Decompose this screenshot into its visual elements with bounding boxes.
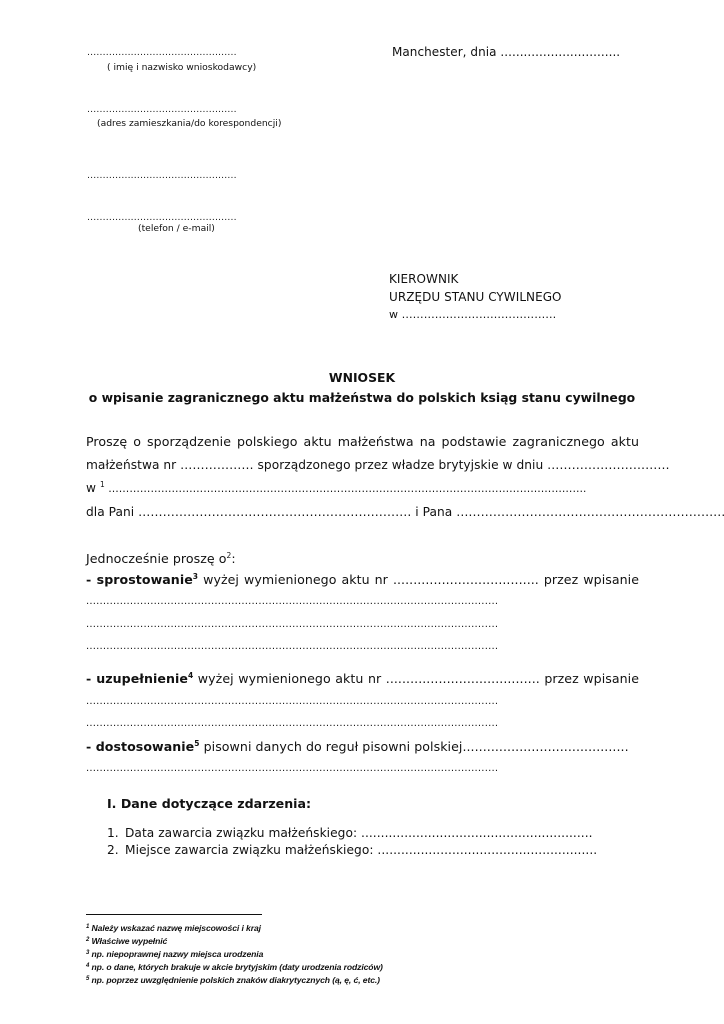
footnote-3: 3 np. niepoprawnej nazwy miejsca urodzen… [86, 949, 263, 959]
correction-label: - sprostowanie [86, 572, 193, 587]
addressee-line-2: URZĘDU STANU CYWILNEGO [389, 290, 562, 304]
document-subtitle: o wpisanie zagranicznego aktu małżeństwa… [0, 390, 724, 405]
request-line-1: Proszę o sporządzenie polskiego aktu mał… [86, 434, 639, 449]
addressee-office-field[interactable]: w …………………………………… [389, 308, 556, 321]
document-title: WNIOSEK [0, 370, 724, 385]
applicant-address-field[interactable]: ........................................… [87, 104, 237, 115]
adaptation-line-1[interactable]: ........................................… [86, 763, 639, 774]
supplement-option[interactable]: - uzupełnienie4 wyżej wymienionego aktu … [86, 671, 639, 686]
applicant-name-label: ( imię i nazwisko wnioskodawcy) [107, 62, 256, 73]
correction-option[interactable]: - sprostowanie3 wyżej wymienionego aktu … [86, 572, 639, 587]
adaptation-label: - dostosowanie [86, 739, 194, 754]
request-place-field[interactable]: w1 …………………………………………………………………………………………………… [86, 481, 586, 495]
addressee-line-1: KIEROWNIK [389, 272, 458, 286]
list-number: 2. [107, 843, 125, 857]
request-names-field[interactable]: dla Pani …………………………………………………………. i Pana … [86, 505, 724, 519]
marriage-place-field[interactable]: 2.Miejsce zawarcia związku małżeńskiego:… [107, 843, 597, 857]
correction-line-1[interactable]: ........................................… [86, 596, 639, 607]
correction-line-2[interactable]: ........................................… [86, 619, 639, 630]
footnote-2: 2 Właściwe wypełnić [86, 936, 167, 946]
applicant-address-label: (adres zamieszkania/do korespondencji) [97, 118, 281, 129]
adaptation-option[interactable]: - dostosowanie5 pisowni danych do reguł … [86, 739, 629, 754]
list-number: 1. [107, 826, 125, 840]
request-place-prefix: w [86, 481, 96, 495]
correction-line-3[interactable]: ........................................… [86, 641, 639, 652]
footnote-1: 1 Należy wskazać nazwę miejscowości i kr… [86, 923, 261, 933]
marriage-date-field[interactable]: 1.Data zawarcia związku małżeńskiego: ..… [107, 826, 593, 840]
request-line-2[interactable]: małżeństwa nr ……………… sporządzonego przez… [86, 458, 639, 472]
footnote-5: 5 np. poprzez uwzględnienie polskich zna… [86, 975, 380, 985]
supplement-line-1[interactable]: ........................................… [86, 696, 639, 707]
applicant-address-field-2[interactable]: ........................................… [87, 170, 237, 181]
additional-intro: Jednocześnie proszę o2: [86, 551, 236, 566]
footnote-separator [86, 914, 262, 915]
footnote-4: 4 np. o dane, których brakuje w akcie br… [86, 962, 383, 972]
supplement-line-2[interactable]: ........................................… [86, 718, 639, 729]
place-date-field[interactable]: Manchester, dnia .......................… [392, 45, 620, 59]
supplement-label: - uzupełnienie [86, 671, 188, 686]
applicant-phone-field[interactable]: ........................................… [87, 212, 237, 223]
applicant-phone-label: (telefon / e-mail) [138, 223, 215, 234]
applicant-name-field[interactable]: ........................................… [87, 47, 237, 58]
section-heading: I. Dane dotyczące zdarzenia: [107, 796, 311, 811]
